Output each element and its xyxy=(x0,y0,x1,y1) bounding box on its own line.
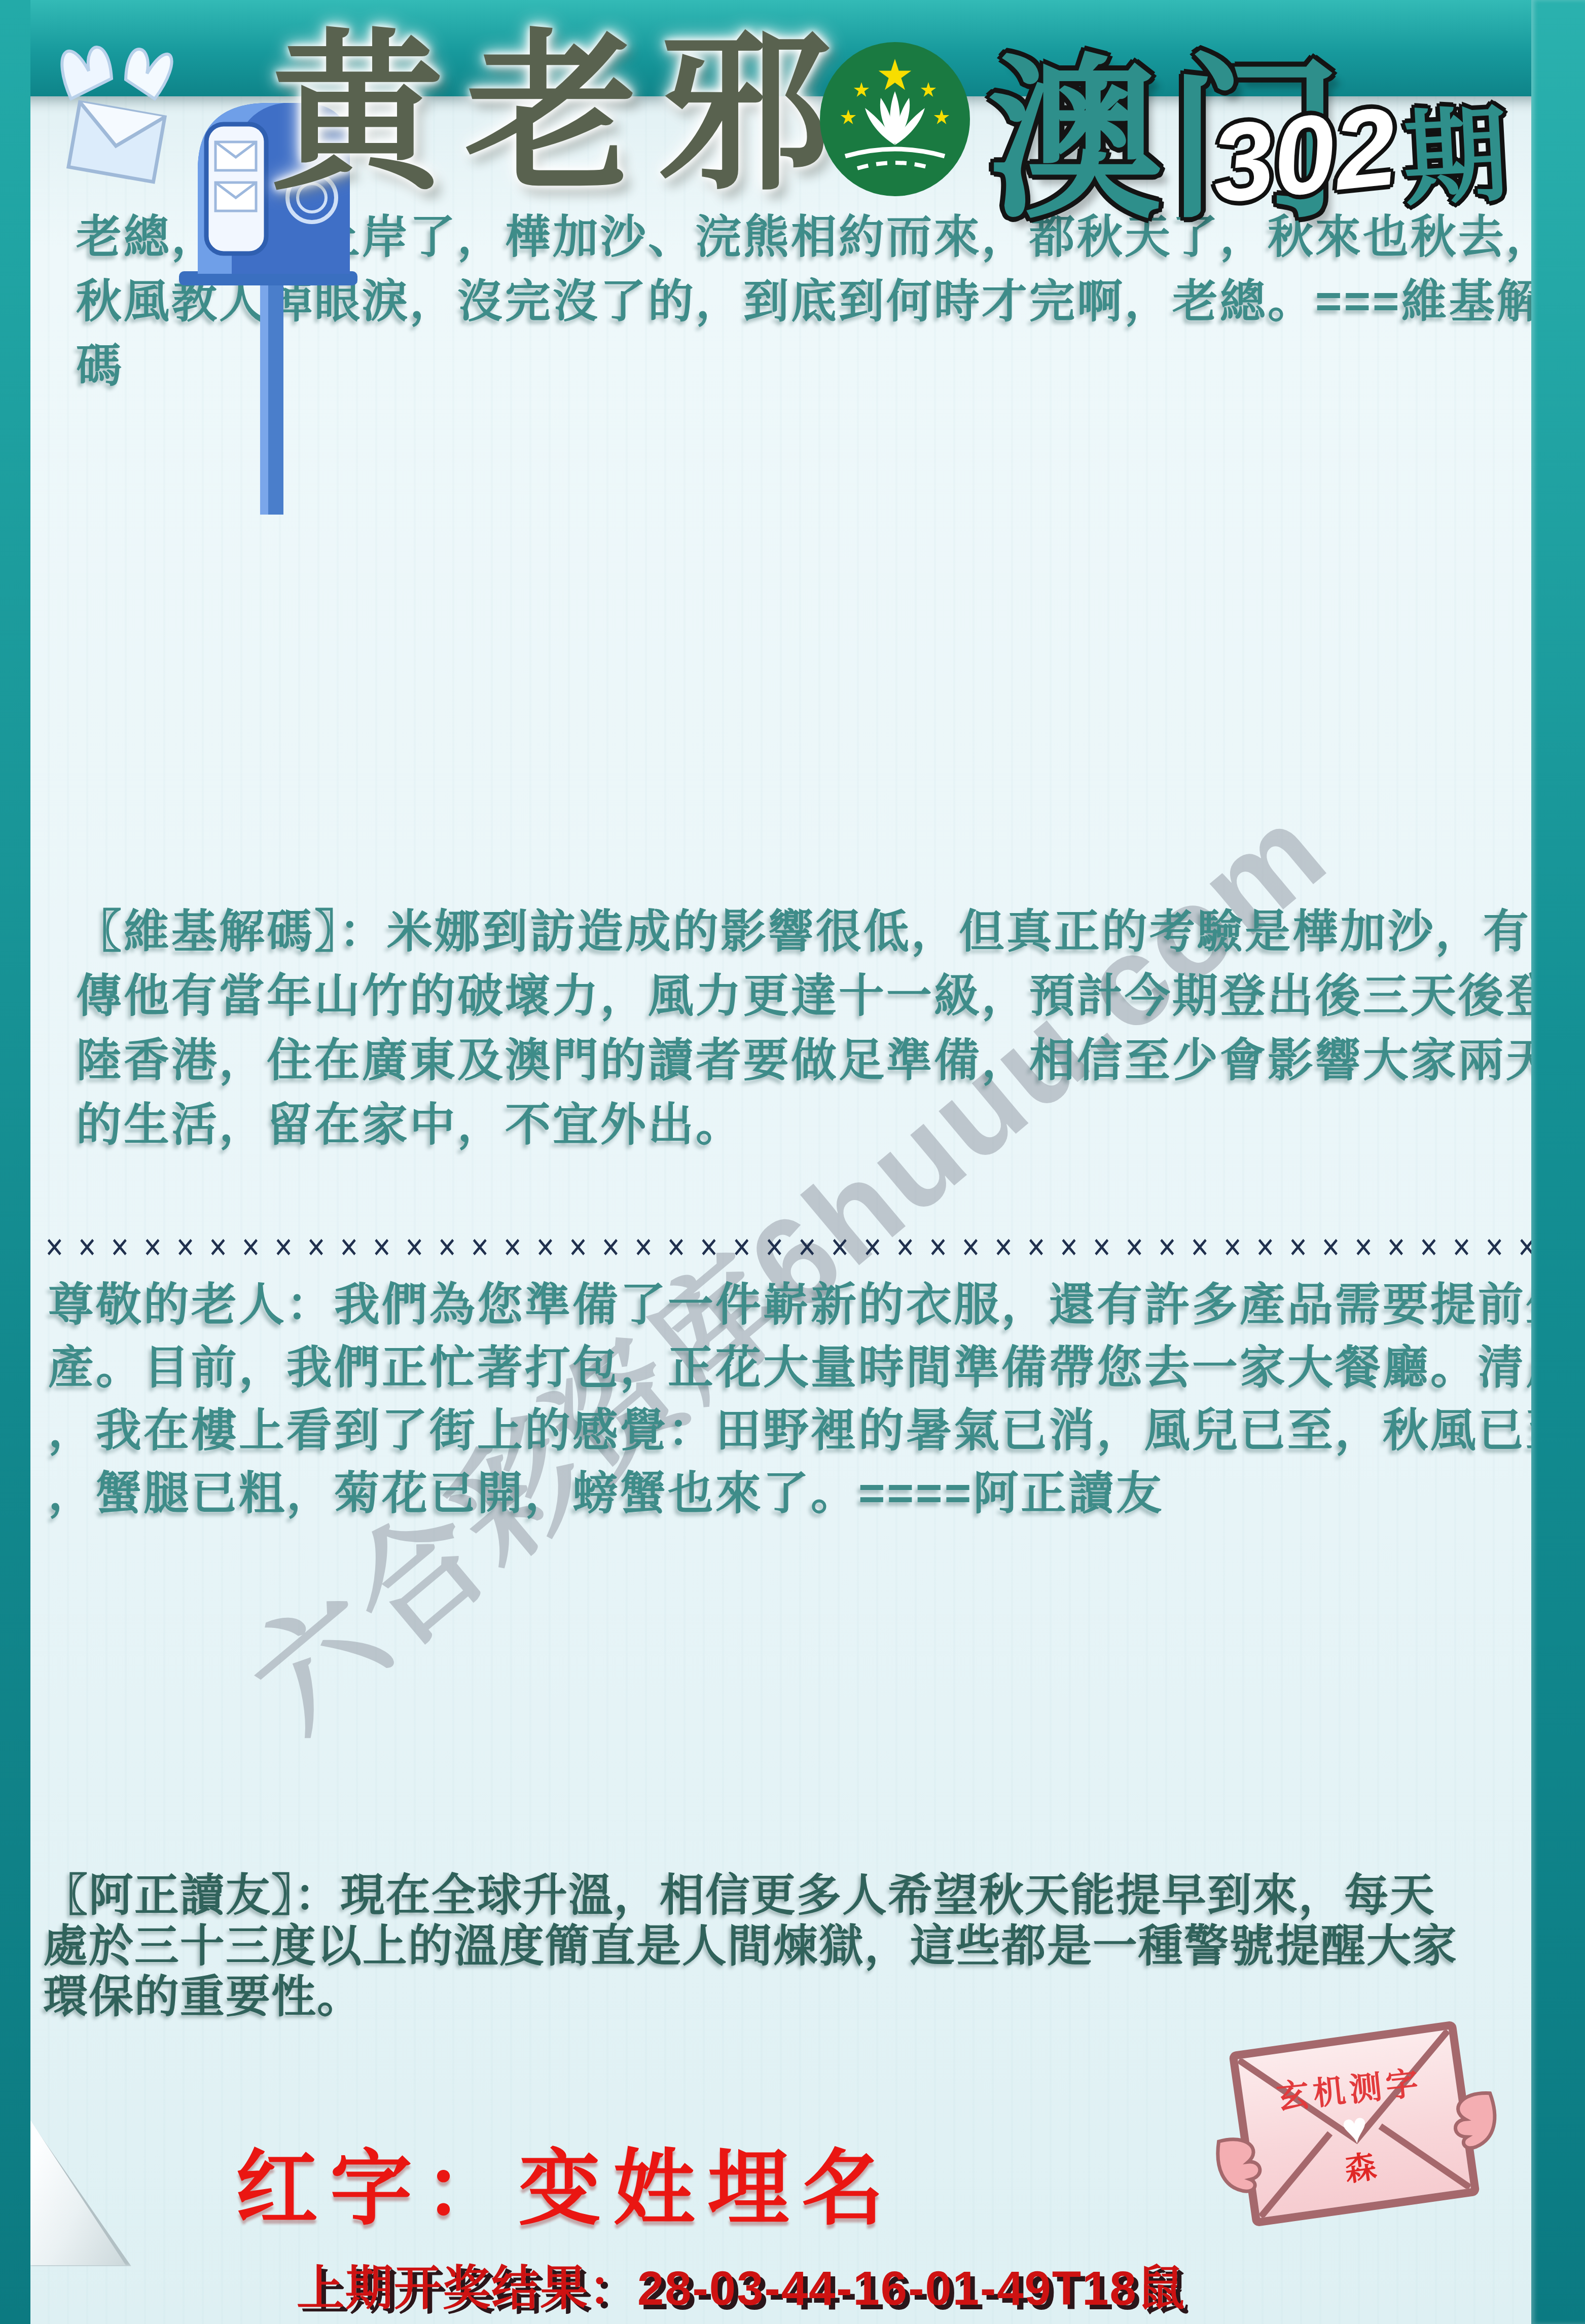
text-line: 陸香港，住在廣東及澳門的讀者要做足準備，相信至少會影響大家兩天 xyxy=(76,1029,1554,1093)
text-line: 傳他有當年山竹的破壞力，風力更達十一級，預計今期登出後三天後登 xyxy=(76,964,1554,1029)
poster: 六合彩资库6huuu.com 黄老邪 xyxy=(0,0,1585,2324)
left-border xyxy=(0,0,30,2324)
last-draw-result: 上期开奖结果：28-03-44-16-01-49T18鼠 xyxy=(297,2250,1186,2318)
winged-envelope-icon xyxy=(41,23,198,205)
text-line: 尊敬的老人：我們為您準備了一件嶄新的衣服，還有許多產品需要提前生 xyxy=(48,1274,1573,1336)
red-hint-text: 红字：变姓埋名 xyxy=(236,2123,896,2241)
mystery-letter-stamp: ♥ 玄机测字 森 xyxy=(1229,2020,1480,2227)
issue-unit: 期 xyxy=(1401,103,1510,212)
text-line: 產。目前，我們正忙著打包，正花大量時間準備帶您去一家大餐廳。清晨 xyxy=(48,1336,1573,1399)
text-line: 處於三十三度以上的溫度簡直是人間煉獄，這些都是一種警號提醒大家 xyxy=(43,1920,1458,1971)
text-line: 〖維基解碼〗：米娜到訪造成的影響很低，但真正的考驗是樺加沙，有 xyxy=(76,900,1554,964)
text-line: ，蟹腿已粗，菊花已開，螃蟹也來了。====阿正讀友 xyxy=(48,1462,1573,1525)
right-border xyxy=(1531,0,1585,2324)
paragraph-elder-letter: 尊敬的老人：我們為您準備了一件嶄新的衣服，還有許多產品需要提前生 產。目前，我們… xyxy=(48,1274,1573,1525)
paragraph-azheng-reply: 〖阿正讀友〗：現在全球升溫，相信更多人希望秋天能提早到來，每天 處於三十三度以上… xyxy=(43,1870,1458,2022)
issue-label: 302期 xyxy=(1212,100,1507,211)
stitch-divider: ✕✕✕✕✕✕✕✕✕✕✕✕✕✕✕✕✕✕✕✕✕✕✕✕✕✕✕✕✕✕✕✕✕✕✕✕✕✕✕✕… xyxy=(45,1231,1550,1264)
issue-number: 302 xyxy=(1207,91,1402,221)
text-line: 環保的重要性。 xyxy=(43,1971,1458,2022)
brand-title: 黄老邪 xyxy=(271,28,852,200)
text-line: ，我在樓上看到了街上的感覺：田野裡的暑氣已消，風兒已至，秋風已至 xyxy=(48,1399,1573,1462)
text-line: 的生活，留在家中，不宜外出。 xyxy=(76,1093,1554,1157)
text-line: 〖阿正讀友〗：現在全球升溫，相信更多人希望秋天能提早到來，每天 xyxy=(43,1870,1458,1920)
paragraph-wiki-decode: 〖維基解碼〗：米娜到訪造成的影響很低，但真正的考驗是樺加沙，有 傳他有當年山竹的… xyxy=(76,900,1554,1157)
macau-emblem-icon xyxy=(819,41,971,198)
